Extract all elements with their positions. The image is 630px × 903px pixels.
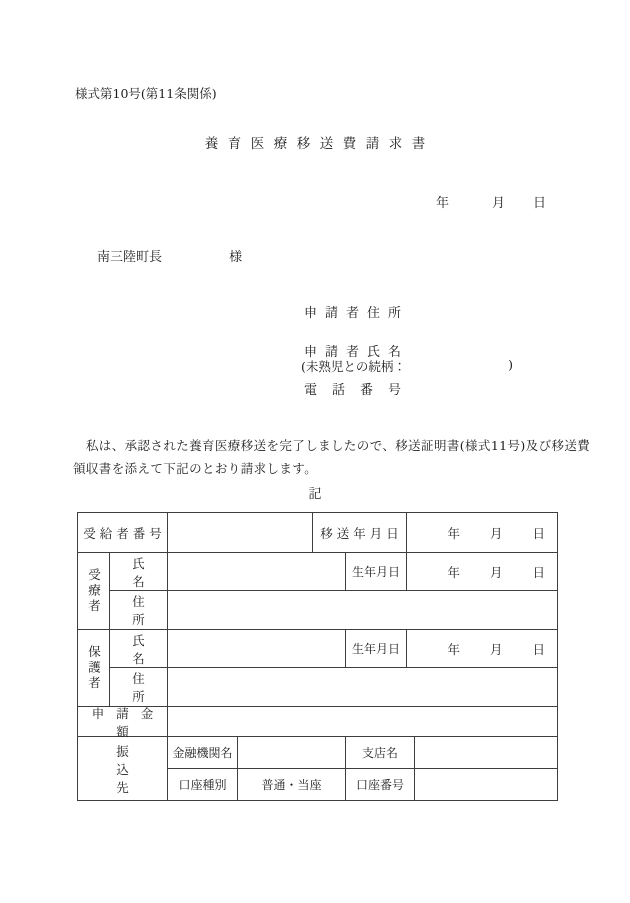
branch-value-cell (415, 737, 557, 768)
day-unit: 日 (532, 640, 545, 658)
issue-date-month-unit: 月 (492, 192, 505, 211)
relation-close-paren: ) (508, 357, 513, 375)
bank-transfer-group-label: 振込先 (78, 737, 168, 800)
claim-form-page: 様式第10号(第11条関係) 養育医療移送費請求書 年 月 日 南三陸町長 様 … (0, 0, 630, 903)
patient-address-row: 住所 (110, 591, 557, 629)
recipient-number-value-cell (168, 513, 313, 552)
amount-row: 申請金額 (78, 707, 557, 737)
institution-label: 金融機関名 (168, 737, 238, 768)
body-paragraph: 私は、承認された養育医療移送を完了しましたので、移送証明書(様式11号)及び移送… (73, 434, 590, 480)
applicant-relation-line: (未熟児との続柄： ) (301, 357, 513, 375)
applicant-address-label: 申請者住所 (304, 302, 409, 321)
guardian-name-row: 氏名 生年月日 年 月 日 (110, 630, 557, 668)
relation-open-text: (未熟児との続柄： (301, 357, 406, 375)
applicant-phone-label: 電話番号 (304, 379, 416, 398)
transfer-date-value-cell: 年 月 日 (407, 513, 557, 552)
recipient-number-label: 受給者番号 (78, 513, 168, 552)
guardian-group-cell: 保護者 (78, 630, 110, 706)
year-unit: 年 (447, 640, 460, 658)
guardian-birth-label: 生年月日 (346, 630, 407, 667)
month-unit: 月 (490, 640, 503, 658)
guardian-address-value-cell (168, 668, 557, 706)
year-unit: 年 (447, 563, 460, 581)
addressee-line: 南三陸町長 様 (97, 246, 242, 265)
issue-date-line: 年 月 日 (436, 192, 546, 211)
patient-address-value-cell (168, 591, 557, 629)
day-unit: 日 (532, 524, 545, 542)
issue-date-year-unit: 年 (436, 192, 449, 211)
amount-value-cell (168, 707, 557, 736)
bank-transfer-section: 振込先 金融機関名 支店名 口座種別 普通・当座 口座番号 (78, 737, 557, 800)
patient-name-row: 氏名 生年月日 年 月 日 (110, 553, 557, 591)
account-number-label: 口座番号 (346, 769, 415, 800)
guardian-address-label: 住所 (110, 668, 168, 706)
month-unit: 月 (490, 524, 503, 542)
account-number-value-cell (415, 769, 557, 800)
body-line-1: 私は、承認された養育医療移送を完了しましたので、移送証明書(様式11号)及び移送… (73, 434, 590, 457)
patient-group-label: 受療者 (85, 568, 103, 615)
body-line-2: 領収書を添えて下記のとおり請求します。 (73, 457, 590, 480)
amount-label: 申請金額 (78, 707, 168, 736)
claim-table: 受給者番号 移送年月日 年 月 日 受療者 氏名 生年月日 年 (77, 512, 558, 801)
bank-institution-row: 金融機関名 支店名 (168, 737, 557, 769)
year-unit: 年 (447, 524, 460, 542)
month-unit: 月 (490, 563, 503, 581)
issue-date-day-unit: 日 (533, 192, 546, 211)
patient-group-cell: 受療者 (78, 553, 110, 629)
guardian-name-value-cell (168, 630, 346, 667)
patient-section: 受療者 氏名 生年月日 年 月 日 住所 (78, 553, 557, 630)
section-marker: 記 (0, 483, 630, 502)
patient-address-label: 住所 (110, 591, 168, 629)
form-number: 様式第10号(第11条関係) (75, 84, 217, 102)
branch-label: 支店名 (346, 737, 415, 768)
guardian-section: 保護者 氏名 生年月日 年 月 日 住所 (78, 630, 557, 707)
guardian-birth-value-cell: 年 月 日 (407, 630, 557, 667)
guardian-group-label: 保護者 (85, 645, 103, 692)
bank-account-row: 口座種別 普通・当座 口座番号 (168, 769, 557, 800)
patient-birth-label: 生年月日 (346, 553, 407, 590)
addressee-honorific: 様 (229, 250, 242, 265)
transfer-date-label: 移送年月日 (313, 513, 407, 552)
account-type-value: 普通・当座 (238, 769, 346, 800)
addressee-name: 南三陸町長 (97, 250, 162, 265)
patient-birth-value-cell: 年 月 日 (407, 553, 557, 590)
day-unit: 日 (532, 563, 545, 581)
guardian-name-label: 氏名 (110, 630, 168, 667)
patient-name-label: 氏名 (110, 553, 168, 590)
guardian-address-row: 住所 (110, 668, 557, 706)
recipient-number-row: 受給者番号 移送年月日 年 月 日 (78, 513, 557, 553)
account-type-label: 口座種別 (168, 769, 238, 800)
patient-name-value-cell (168, 553, 346, 590)
page-title: 養育医療移送費請求書 (0, 137, 630, 152)
institution-value-cell (238, 737, 346, 768)
